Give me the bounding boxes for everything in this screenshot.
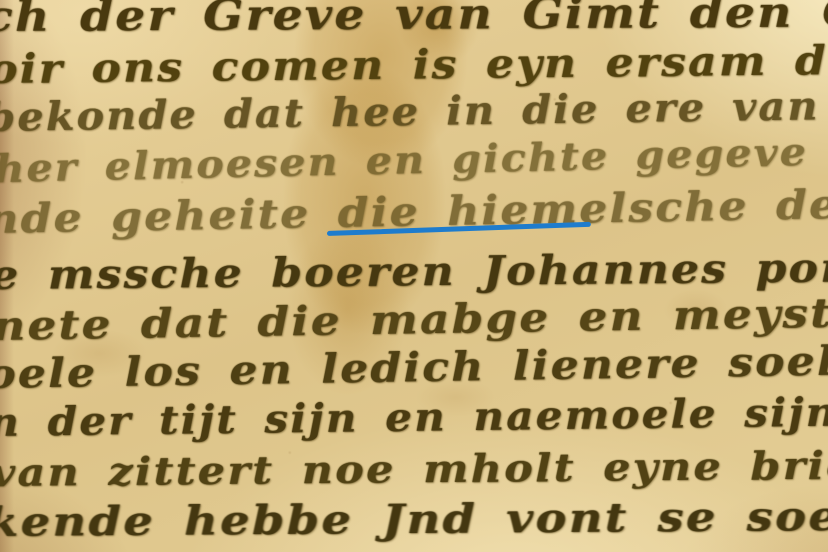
manuscript-line: van zittert noe mholt eyne brieffe de di…: [0, 440, 828, 495]
manuscript-line: kende hebbe Jnd vont se soele die mob: [0, 491, 828, 546]
manuscript-line: e mssche boeren Johannes ponbbels en bel: [0, 241, 828, 299]
manuscript-photo: ch der Greve van Gimt den Cont allen oir…: [0, 0, 828, 552]
manuscript-line: ch der Greve van Gimt den Cont allen: [0, 0, 828, 41]
